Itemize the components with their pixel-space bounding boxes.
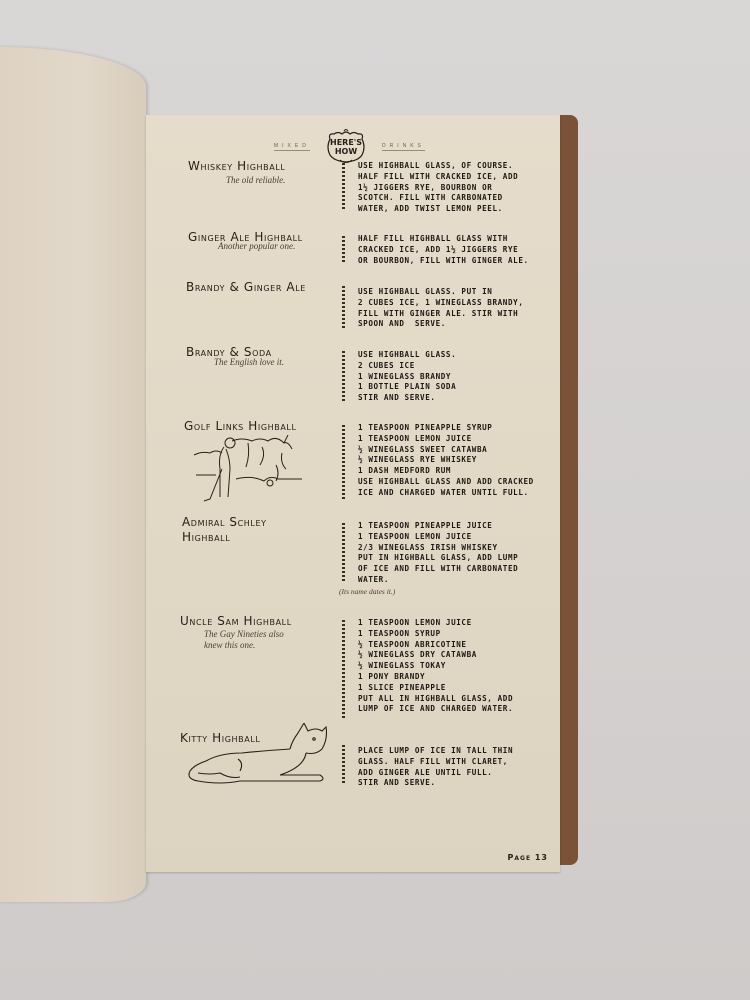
recipe-title: Uncle Sam Highball bbox=[180, 614, 292, 628]
recipe-tagline: The old reliable. bbox=[226, 175, 285, 186]
recipe-instructions: 1 teaspoon pineapple syrup 1 teaspoon le… bbox=[358, 423, 534, 499]
header-drinks-label: DRINKS bbox=[382, 143, 425, 151]
vertical-divider bbox=[342, 620, 345, 718]
left-page-verso bbox=[0, 47, 146, 902]
recipe-instructions: Use highball glass. 2 cubes ice 1 winegl… bbox=[358, 350, 456, 404]
logo-line-2: HOW bbox=[324, 147, 368, 156]
recipe-instructions: Place lump of ice in tall thin glass. Ha… bbox=[358, 746, 513, 789]
vertical-divider bbox=[342, 163, 345, 211]
recipe-instructions: Use highball glass, of course. Half fill… bbox=[358, 161, 518, 215]
recipe-tagline: The English love it. bbox=[214, 357, 284, 368]
header-mixed-label: MIXED bbox=[274, 143, 310, 151]
recipe-tagline: The Gay Nineties also knew this one. bbox=[204, 629, 284, 651]
vertical-divider bbox=[342, 745, 345, 783]
recipe-page: MIXED HERE'S HOW DRINKS Whiskey Highball… bbox=[146, 115, 560, 872]
recipe-instructions: 1 teaspoon lemon juice 1 teaspoon syrup … bbox=[358, 618, 513, 715]
recipe-tagline: Another popular one. bbox=[218, 241, 295, 252]
recipe-title: Golf Links Highball bbox=[184, 419, 297, 433]
cat-illustration-icon bbox=[180, 723, 330, 787]
vertical-divider bbox=[342, 351, 345, 403]
page-number: Page 13 bbox=[508, 853, 548, 862]
vertical-divider bbox=[342, 286, 345, 328]
vertical-divider bbox=[342, 425, 345, 501]
recipe-instructions: Use highball glass. Put in 2 cubes ice, … bbox=[358, 287, 524, 330]
recipe-title: Whiskey Highball bbox=[188, 159, 285, 173]
vertical-divider bbox=[342, 236, 345, 262]
heres-how-logo: HERE'S HOW bbox=[324, 129, 368, 165]
recipe-instructions: 1 teaspoon pineapple juice 1 teaspoon le… bbox=[358, 521, 518, 586]
logo-line-1: HERE'S bbox=[324, 138, 368, 147]
recipe-note: (Its name dates it.) bbox=[339, 587, 395, 596]
vertical-divider bbox=[342, 523, 345, 583]
recipe-title: Admiral Schley Highball bbox=[182, 515, 267, 545]
golfer-illustration-icon bbox=[192, 435, 312, 505]
recipe-instructions: Half fill highball glass with cracked ic… bbox=[358, 234, 529, 266]
recipe-title: Brandy & Ginger Ale bbox=[186, 280, 306, 294]
